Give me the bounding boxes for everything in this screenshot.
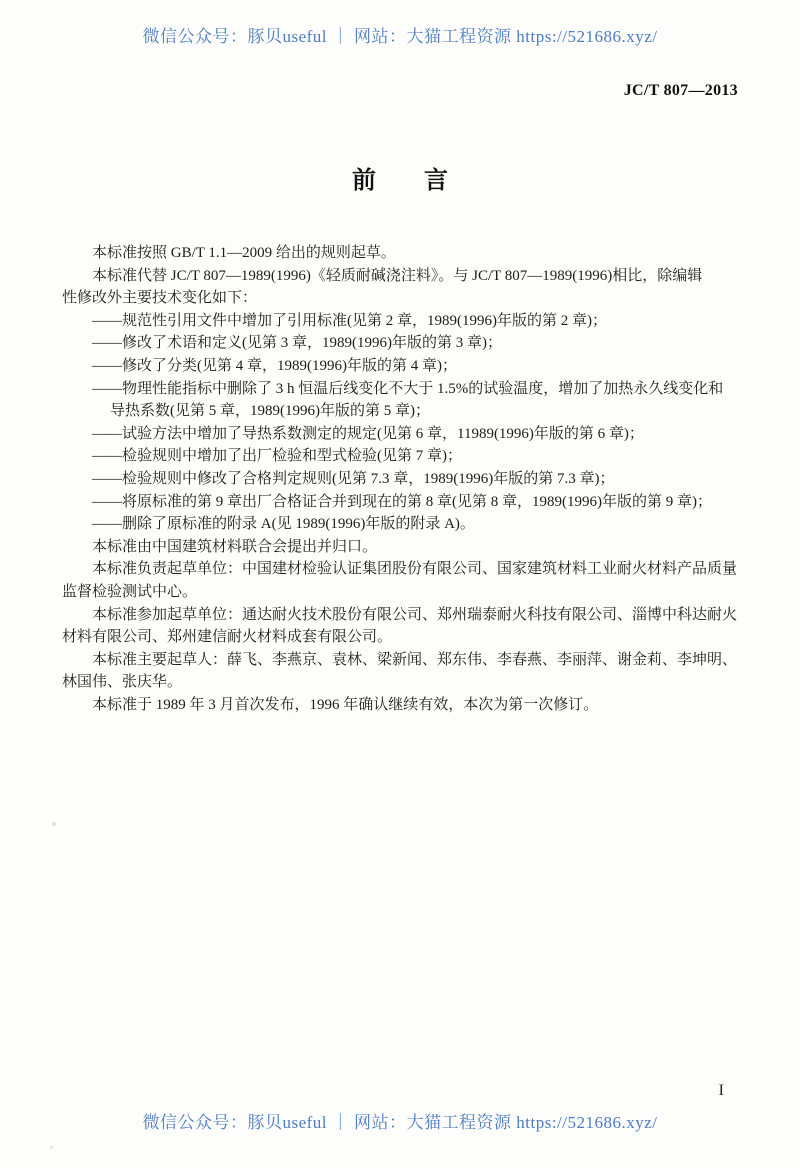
body-line: 林国伟、张庆华。 (62, 671, 738, 694)
watermark-header: 微信公众号：豚贝useful ｜ 网站：大猫工程资源 https://52168… (0, 22, 800, 47)
body-line: 本标准按照 GB/T 1.1—2009 给出的规则起草。 (62, 242, 738, 265)
body-line: 本标准参加起草单位：通达耐火技术股份有限公司、郑州瑞泰耐火科技有限公司、淄博中科… (62, 604, 738, 627)
body-line: 本标准于 1989 年 3 月首次发布，1996 年确认继续有效，本次为第一次修… (62, 694, 738, 717)
body-line: 导热系数(见第 5 章，1989(1996)年版的第 5 章)； (62, 400, 738, 423)
body-line: 本标准由中国建筑材料联合会提出并归口。 (62, 536, 738, 559)
body-line: ——物理性能指标中删除了 3 h 恒温后线变化不大于 1.5%的试验温度，增加了… (62, 378, 738, 401)
body-line: ——检验规则中增加了出厂检验和型式检验(见第 7 章)； (62, 445, 738, 468)
scan-speck (50, 1146, 53, 1149)
page-title: 前 言 (0, 160, 800, 195)
page-number: I (719, 1082, 724, 1100)
scanned-document-page: 微信公众号：豚贝useful ｜ 网站：大猫工程资源 https://52168… (0, 0, 800, 1168)
body-line: ——规范性引用文件中增加了引用标准(见第 2 章，1989(1996)年版的第 … (62, 310, 738, 333)
body-line: 本标准负责起草单位：中国建材检验认证集团股份有限公司、国家建筑材料工业耐火材料产… (62, 558, 738, 581)
foreword-body: 本标准按照 GB/T 1.1—2009 给出的规则起草。 本标准代替 JC/T … (62, 242, 738, 716)
watermark-footer: 微信公众号：豚贝useful ｜ 网站：大猫工程资源 https://52168… (0, 1108, 800, 1133)
body-line: ——检验规则中修改了合格判定规则(见第 7.3 章，1989(1996)年版的第… (62, 468, 738, 491)
body-line: 材料有限公司、郑州建信耐火材料成套有限公司。 (62, 626, 738, 649)
standard-code: JC/T 807—2013 (624, 82, 738, 100)
body-line: ——修改了术语和定义(见第 3 章，1989(1996)年版的第 3 章)； (62, 332, 738, 355)
body-line: ——修改了分类(见第 4 章，1989(1996)年版的第 4 章)； (62, 355, 738, 378)
body-line: ——删除了原标准的附录 A(见 1989(1996)年版的附录 A)。 (62, 513, 738, 536)
scan-speck (52, 822, 56, 826)
body-line: 监督检验测试中心。 (62, 581, 738, 604)
body-line: 本标准代替 JC/T 807—1989(1996)《轻质耐碱浇注料》。与 JC/… (62, 265, 738, 288)
body-line: 本标准主要起草人：薛飞、李燕京、袁林、梁新闻、郑东伟、李春燕、李丽萍、谢金莉、李… (62, 649, 738, 672)
body-line: ——试验方法中增加了导热系数测定的规定(见第 6 章，11989(1996)年版… (62, 423, 738, 446)
body-line: 性修改外主要技术变化如下： (62, 287, 738, 310)
body-line: ——将原标准的第 9 章出厂合格证合并到现在的第 8 章(见第 8 章，1989… (62, 491, 738, 514)
